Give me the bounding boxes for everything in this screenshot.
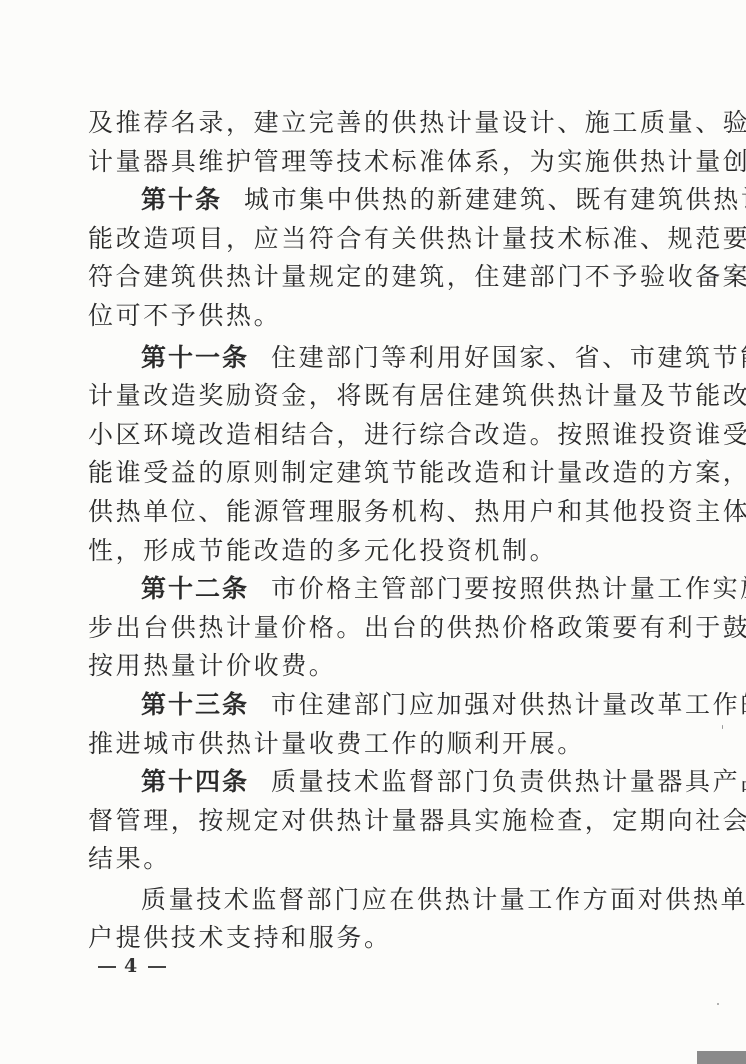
- text-line: 位可不予供热。: [88, 297, 672, 336]
- article-number: 第十条: [141, 185, 222, 214]
- article-13-heading-line: 第十三条市住建部门应加强对供热计量改革工作的宣传，: [88, 686, 672, 725]
- dash-left: [98, 966, 116, 967]
- text-line: 供热单位、能源管理服务机构、热用户和其他投资主体的积极: [88, 493, 672, 532]
- article-11-heading-line: 第十一条住建部门等利用好国家、省、市建筑节能和供热: [88, 339, 672, 378]
- text-line: 小区环境改造相结合，进行综合改造。按照谁投资谁受益，谁节: [88, 416, 672, 455]
- dash-right: [148, 966, 166, 967]
- article-10-heading-line: 第十条城市集中供热的新建建筑、既有建筑供热计量及节: [88, 181, 672, 220]
- text-line: 符合建筑供热计量规定的建筑，住建部门不予验收备案，供热单: [88, 258, 672, 297]
- scan-speck: [722, 725, 723, 729]
- page-number: 4: [98, 955, 166, 977]
- article-number: 第十一条: [141, 343, 249, 372]
- text-line: 督管理，按规定对供热计量器具实施检查，定期向社会公布检查: [88, 802, 672, 841]
- text-line: 计量改造奖励资金，将既有居住建筑供热计量及节能改造与老旧: [88, 377, 672, 416]
- text-line: 按用热量计价收费。: [88, 647, 672, 686]
- article-14-heading-line: 第十四条质量技术监督部门负责供热计量器具产品质量监: [88, 763, 672, 802]
- article-number: 第十三条: [141, 690, 249, 719]
- text-line: 户提供技术支持和服务。: [88, 919, 672, 958]
- text-line: 能改造项目，应当符合有关供热计量技术标准、规范要求。对不: [88, 220, 672, 259]
- scan-edge-shadow: [697, 1051, 746, 1064]
- text-line: 性，形成节能改造的多元化投资机制。: [88, 532, 672, 571]
- document-page: 及推荐名录，建立完善的供热计量设计、施工质量、验收、供热 计量器具维护管理等技术…: [0, 0, 746, 1064]
- text-line: 结果。: [88, 840, 672, 879]
- article-12-heading-line: 第十二条市价格主管部门要按照供热计量工作实施进度同: [88, 570, 672, 609]
- document-body: 及推荐名录，建立完善的供热计量设计、施工质量、验收、供热 计量器具维护管理等技术…: [88, 104, 672, 958]
- text-line: 及推荐名录，建立完善的供热计量设计、施工质量、验收、供热: [88, 104, 672, 143]
- page-number-value: 4: [124, 955, 140, 977]
- text-line: 步出台供热计量价格。出台的供热价格政策要有利于鼓励和促进: [88, 609, 672, 648]
- text-line: 能谁受益的原则制定建筑节能改造和计量改造的方案，充分调动: [88, 454, 672, 493]
- paragraph-start-line: 质量技术监督部门应在供热计量工作方面对供热单位、用热: [88, 881, 672, 920]
- text-line: 计量器具维护管理等技术标准体系，为实施供热计量创造条件。: [88, 143, 672, 182]
- scan-speck: [717, 1003, 719, 1005]
- article-number: 第十四条: [141, 767, 249, 796]
- text-line: 推进城市供热计量收费工作的顺利开展。: [88, 725, 672, 764]
- article-number: 第十二条: [141, 574, 249, 603]
